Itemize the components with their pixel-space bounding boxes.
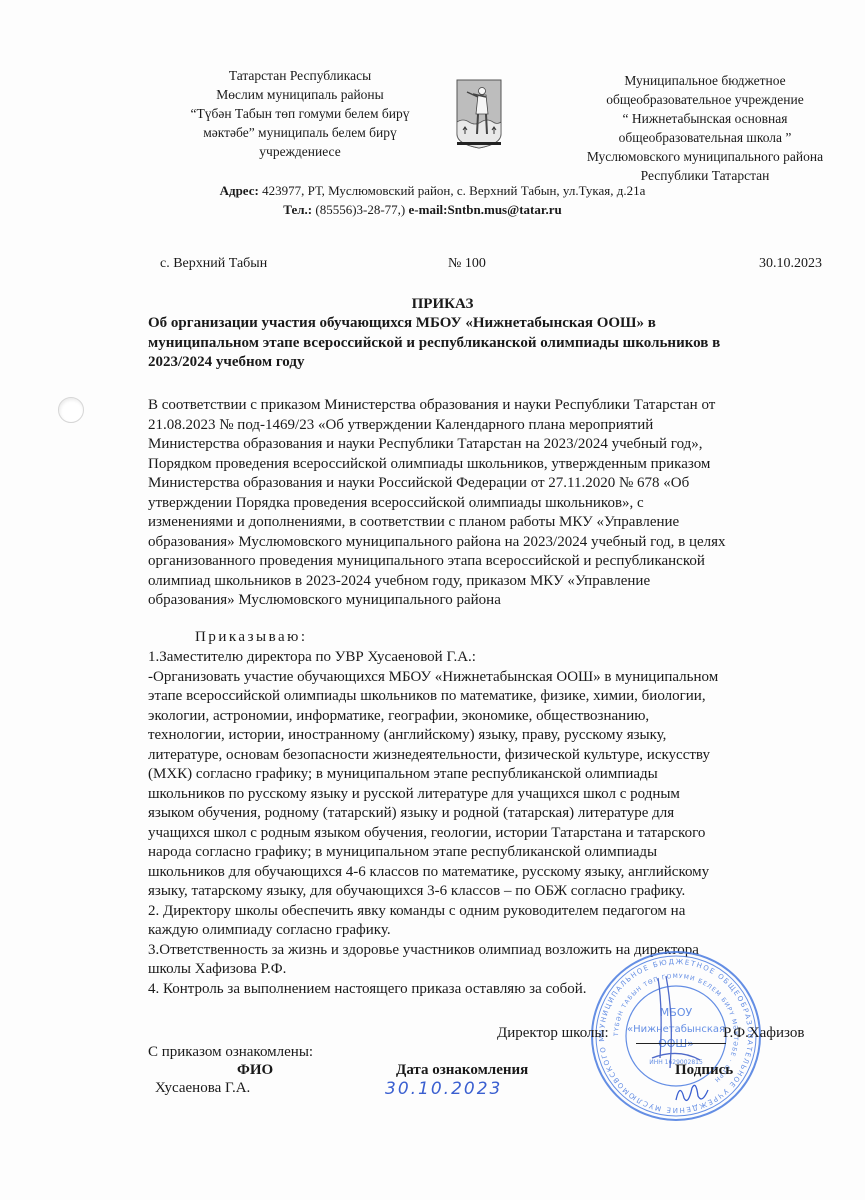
signature-line bbox=[636, 1043, 726, 1044]
preamble-line: олимпиад школьников в 2023-2024 учебном … bbox=[148, 572, 848, 592]
director-role: Директор школы: bbox=[497, 1025, 609, 1042]
header-right-line: общеобразовательная школа ” bbox=[560, 128, 850, 147]
header-right-line: Муслюмовского муниципального района bbox=[560, 147, 850, 166]
order-line: -Организовать участие обучающихся МБОУ «… bbox=[148, 668, 848, 688]
header-left-block: Татарстан Республикасы Мөслим муниципаль… bbox=[160, 66, 440, 161]
acknowledgement-intro: С приказом ознакомлены: bbox=[148, 1044, 313, 1061]
preamble-line: утверждении Порядка проведения всероссий… bbox=[148, 494, 848, 514]
order-line: литературе, основам безопасности жизнеде… bbox=[148, 746, 848, 766]
email-link[interactable]: e-mail:Sntbn.mus@tatar.ru bbox=[409, 202, 562, 217]
header-left-line: Мөслим муниципаль районы bbox=[160, 85, 440, 104]
order-line: (МХК) согласно графику; в муниципальном … bbox=[148, 765, 848, 785]
orders-list: 1.Заместителю директора по УВР Хусаеново… bbox=[148, 648, 848, 999]
preamble-line: Министерства образования и науки Республ… bbox=[148, 435, 848, 455]
contact-line: Тел.: (85556)3-28-77,) e-mail:Sntbn.mus@… bbox=[0, 201, 855, 219]
preamble-line: образования» Муслюмовского муниципальног… bbox=[148, 533, 848, 553]
order-line: языку, татарскому языку, для обучающихся… bbox=[148, 882, 848, 902]
header-right-line: Муниципальное бюджетное bbox=[560, 71, 850, 90]
order-line: технологии, истории, иностранному (англи… bbox=[148, 726, 848, 746]
order-line: 2. Директору школы обеспечить явку коман… bbox=[148, 902, 848, 922]
svg-text:«Нижнетабынская: «Нижнетабынская bbox=[627, 1024, 725, 1035]
subject-line: муниципальном этапе всероссийской и респ… bbox=[148, 334, 838, 354]
col-header-signature: Подпись bbox=[675, 1062, 733, 1079]
director-name: Р.Ф.Хафизов bbox=[723, 1025, 804, 1042]
order-line: школьников по русскому языку и русской л… bbox=[148, 785, 848, 805]
subject-line: 2023/2024 учебном году bbox=[148, 353, 838, 373]
ack-row-date: 30.10.2023 bbox=[385, 1079, 502, 1099]
svg-text:МБОУ: МБОУ bbox=[660, 1006, 693, 1019]
preamble-line: образования» Муслюмовского муниципальног… bbox=[148, 591, 848, 611]
address-line: Адрес: 423977, РТ, Муслюмовский район, с… bbox=[0, 182, 865, 200]
order-date: 30.10.2023 bbox=[759, 256, 822, 272]
subject-line: Об организации участия обучающихся МБОУ … bbox=[148, 314, 838, 334]
header-left-line: Татарстан Республикасы bbox=[160, 66, 440, 85]
preamble-line: организованного проведения муниципальног… bbox=[148, 552, 848, 572]
col-header-name: ФИО bbox=[237, 1062, 273, 1079]
preamble-line: 21.08.2023 № под-1469/23 «Об утверждении… bbox=[148, 416, 848, 436]
order-line: учащихся школ с родным языком обучения, … bbox=[148, 824, 848, 844]
header-right-line: “ Нижнетабынская основная bbox=[560, 109, 850, 128]
header-left-line: мәктәбе” муниципаль белем бирү bbox=[160, 123, 440, 142]
order-line: народа согласно графику; в муниципальном… bbox=[148, 843, 848, 863]
phone-label: Тел.: bbox=[283, 202, 312, 217]
address-value: 423977, РТ, Муслюмовский район, с. Верхн… bbox=[259, 183, 646, 198]
phone-value: (85556)3-28-77,) bbox=[312, 202, 408, 217]
order-line: экологии, астрономии, информатике, геогр… bbox=[148, 707, 848, 727]
preamble-line: Министерства образования и науки Российс… bbox=[148, 474, 848, 494]
address-label: Адрес: bbox=[220, 183, 259, 198]
preamble-line: Порядком проведения всероссийской олимпи… bbox=[148, 455, 848, 475]
header-right-line: общеобразовательное учреждение bbox=[560, 90, 850, 109]
order-line: языком обучения, родному (татарский) язы… bbox=[148, 804, 848, 824]
order-line: каждую олимпиаду согласно графику. bbox=[148, 921, 848, 941]
coat-of-arms-icon bbox=[455, 78, 503, 150]
order-line: этапе всероссийской олимпиады школьников… bbox=[148, 687, 848, 707]
preamble: В соответствии с приказом Министерства о… bbox=[148, 396, 848, 611]
order-number: № 100 bbox=[448, 256, 486, 272]
document-page: Татарстан Республикасы Мөслим муниципаль… bbox=[0, 0, 865, 1200]
order-place: с. Верхний Табын bbox=[160, 256, 267, 272]
header-left-line: учреждениесе bbox=[160, 142, 440, 161]
order-line: 1.Заместителю директора по УВР Хусаеново… bbox=[148, 648, 848, 668]
document-title: ПРИКАЗ bbox=[10, 296, 865, 313]
col-header-date: Дата ознакомления bbox=[396, 1062, 528, 1079]
punch-hole bbox=[58, 397, 84, 423]
orders-heading: Приказываю: bbox=[195, 629, 308, 646]
handwritten-signature-icon bbox=[672, 1078, 712, 1108]
preamble-line: В соответствии с приказом Министерства о… bbox=[148, 396, 848, 416]
header-right-block: Муниципальное бюджетное общеобразователь… bbox=[560, 71, 850, 185]
preamble-line: изменениями и дополнениями, в соответств… bbox=[148, 513, 848, 533]
order-line: школьников для обучающихся 4-6 классов п… bbox=[148, 863, 848, 883]
ack-row-name: Хусаенова Г.А. bbox=[155, 1080, 250, 1097]
order-subject: Об организации участия обучающихся МБОУ … bbox=[148, 314, 838, 373]
header-left-line: “Түбән Табын төп гомуми белем бирү bbox=[160, 104, 440, 123]
